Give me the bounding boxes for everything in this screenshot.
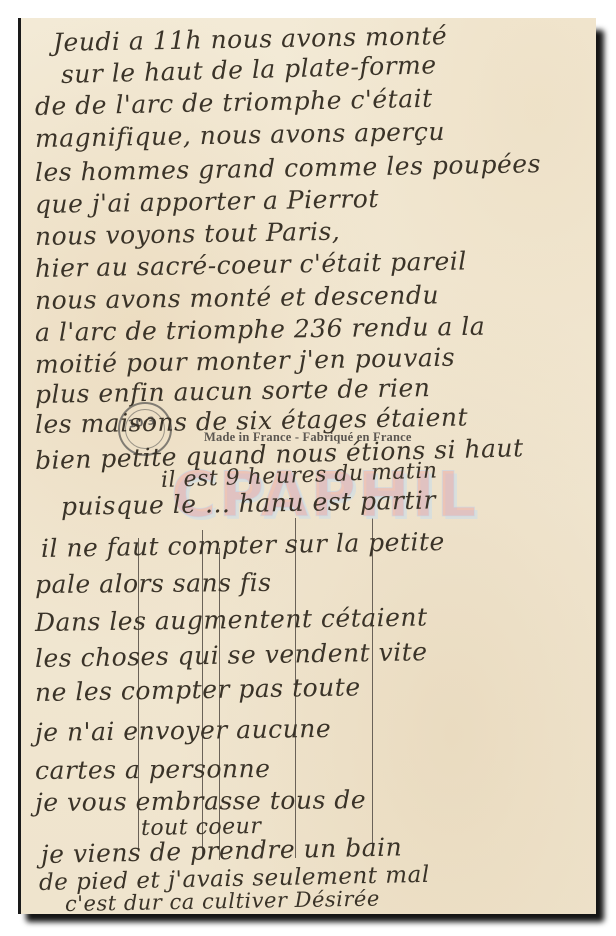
handwriting-line: ne les compter pas toute [35, 672, 361, 707]
divider-line-5 [372, 518, 373, 853]
handwriting-line: il ne faut compter sur la petite [41, 527, 445, 563]
handwriting-line: hier au sacré-coeur c'était pareil [35, 246, 467, 283]
handwriting-line: Dans les augmentent cétaient [35, 603, 428, 637]
handwriting-line: de de l'arc de triomphe c'était [35, 84, 433, 121]
handwriting-line: a l'arc de triomphe 236 rendu a la [35, 312, 486, 347]
postcard-back: 10·3 Made in France - Fabriqué en France… [18, 18, 596, 914]
handwriting-line: sur le haut de la plate-forme [61, 50, 437, 89]
handwriting-line: c'est dur ca cultiver Désirée [65, 887, 380, 914]
handwriting-line: cartes a personne [35, 754, 271, 785]
handwriting-line: les hommes grand comme les poupées [35, 149, 541, 187]
handwriting-line: nous avons monté et descendu [35, 280, 439, 315]
handwriting-line: pale alors sans fis [35, 568, 272, 599]
handwriting-line: les choses qui se vendent vite [35, 637, 428, 673]
handwriting-line: je vous embrasse tous de [35, 785, 366, 817]
handwriting-line: je n'ai envoyer aucune [35, 714, 332, 747]
handwriting-line: nous voyons tout Paris, [35, 217, 341, 251]
handwriting-line: que j'ai apporter a Pierrot [35, 184, 379, 219]
handwriting-line: magnifique, nous avons aperçu [35, 117, 445, 153]
